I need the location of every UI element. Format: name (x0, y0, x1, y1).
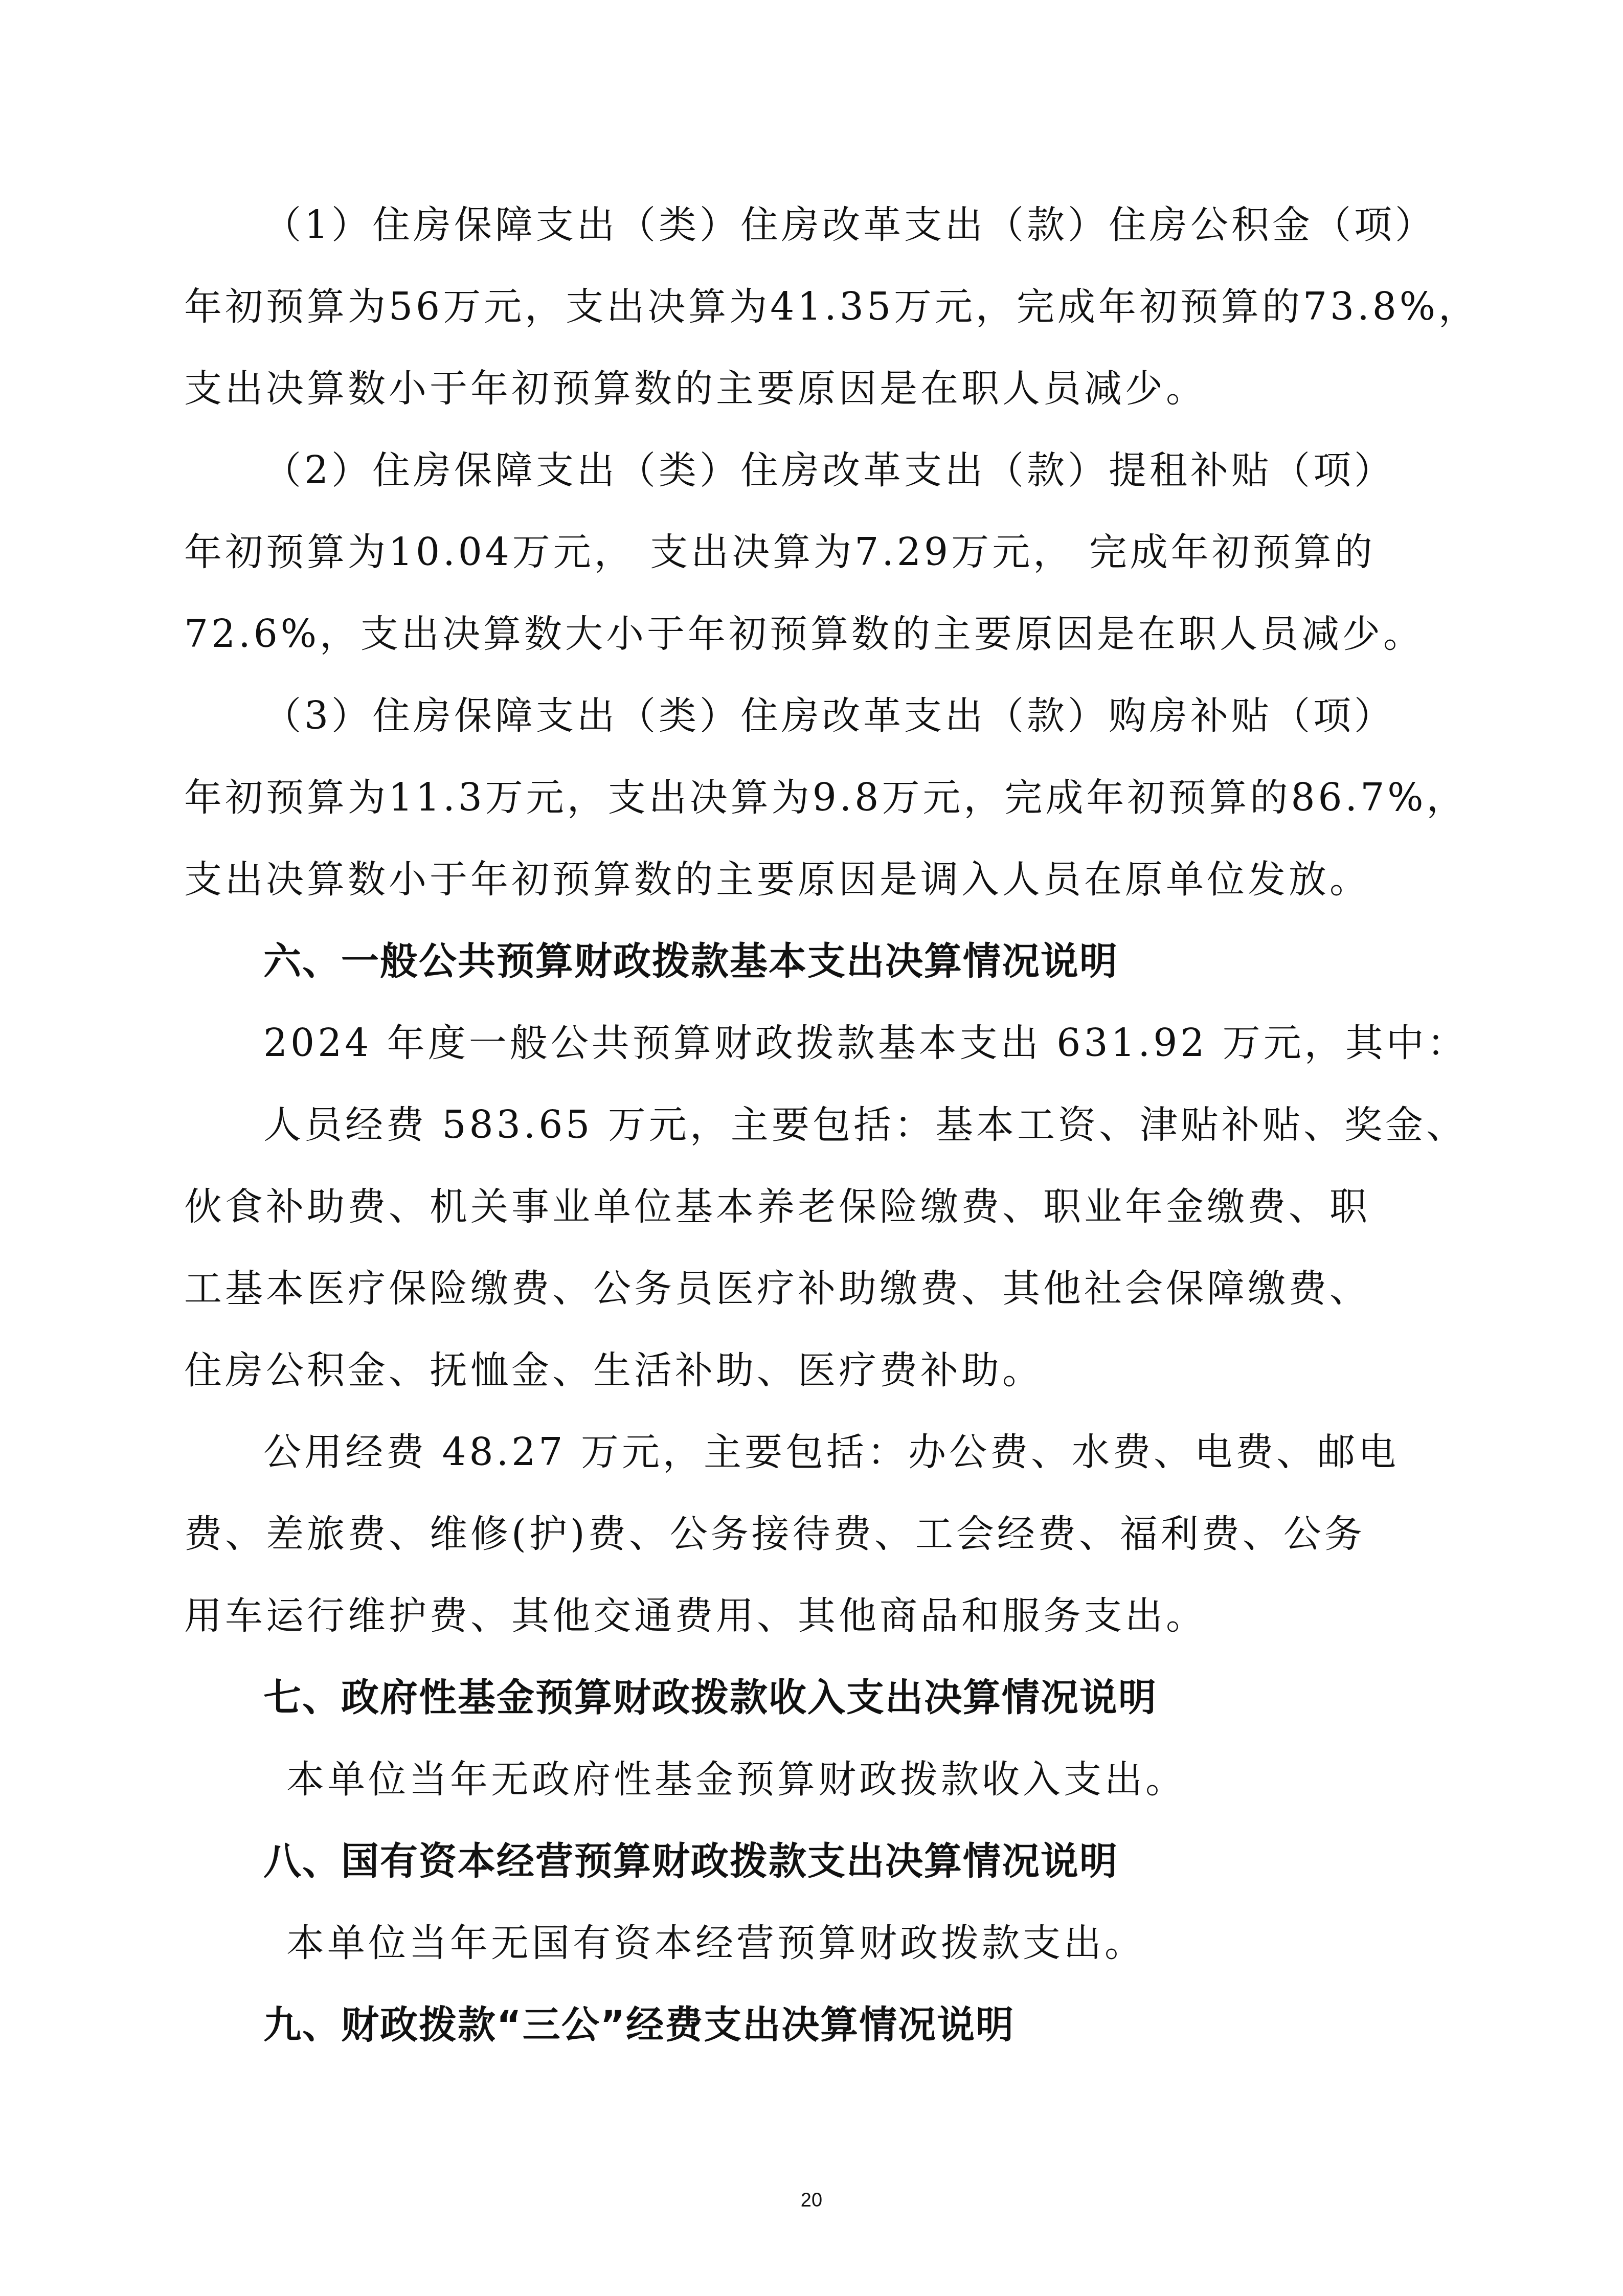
item-3-line-1: （3）住房保障支出（类）住房改革支出（款）购房补贴（项） (263, 690, 1395, 741)
section-6-line-2: 人员经费 583.65 万元，主要包括：基本工资、津贴补贴、奖金、 (263, 1099, 1467, 1151)
item-1-line-3: 支出决算数小于年初预算数的主要原因是在职人员减少。 (184, 363, 1207, 414)
item-2-line-3: 72.6%，支出决算数大小于年初预算数的主要原因是在职人员减少。 (184, 609, 1424, 660)
item-1-line-2: 年初预算为56万元，支出决算为41.35万元，完成年初预算的73.8%， (184, 281, 1479, 332)
section-6-line-4: 工基本医疗保险缴费、公务员医疗补助缴费、其他社会保障缴费、 (184, 1263, 1370, 1314)
item-3-line-3: 支出决算数小于年初预算数的主要原因是调入人员在原单位发放。 (184, 854, 1370, 905)
section-6-heading: 六、一般公共预算财政拨款基本支出决算情况说明 (263, 936, 1118, 987)
section-8-heading: 八、国有资本经营预算财政拨款支出决算情况说明 (263, 1836, 1118, 1887)
section-6-line-8: 用车运行维护费、其他交通费用、其他商品和服务支出。 (184, 1590, 1207, 1641)
item-2-line-1: （2）住房保障支出（类）住房改革支出（款）提租补贴（项） (263, 445, 1395, 496)
item-2-line-2: 年初预算为10.04万元， 支出决算为7.29万元， 完成年初预算的 (184, 527, 1376, 578)
section-7-heading: 七、政府性基金预算财政拨款收入支出决算情况说明 (263, 1672, 1157, 1723)
section-8-text: 本单位当年无国有资本经营预算财政拨款支出。 (286, 1918, 1145, 1969)
item-3-line-2: 年初预算为11.3万元，支出决算为9.8万元，完成年初预算的86.7%， (184, 772, 1468, 823)
section-6-line-1: 2024 年度一般公共预算财政拨款基本支出 631.92 万元，其中： (263, 1018, 1468, 1069)
section-6-line-5: 住房公积金、抚恤金、生活补助、医疗费补助。 (184, 1345, 1043, 1396)
section-7-text: 本单位当年无政府性基金预算财政拨款收入支出。 (286, 1754, 1186, 1805)
section-9-heading: 九、财政拨款“三公”经费支出决算情况说明 (263, 1999, 1015, 2051)
section-6-line-7: 费、差旅费、维修(护)费、公务接待费、工会经费、福利费、公务 (184, 1509, 1365, 1560)
item-1-line-1: （1）住房保障支出（类）住房改革支出（款）住房公积金（项） (263, 199, 1436, 251)
section-6-line-3: 伙食补助费、机关事业单位基本养老保险缴费、职业年金缴费、职 (184, 1181, 1370, 1232)
section-6-line-6: 公用经费 48.27 万元，主要包括：办公费、水费、电费、邮电 (263, 1427, 1399, 1478)
page-number: 20 (0, 2190, 1623, 2212)
